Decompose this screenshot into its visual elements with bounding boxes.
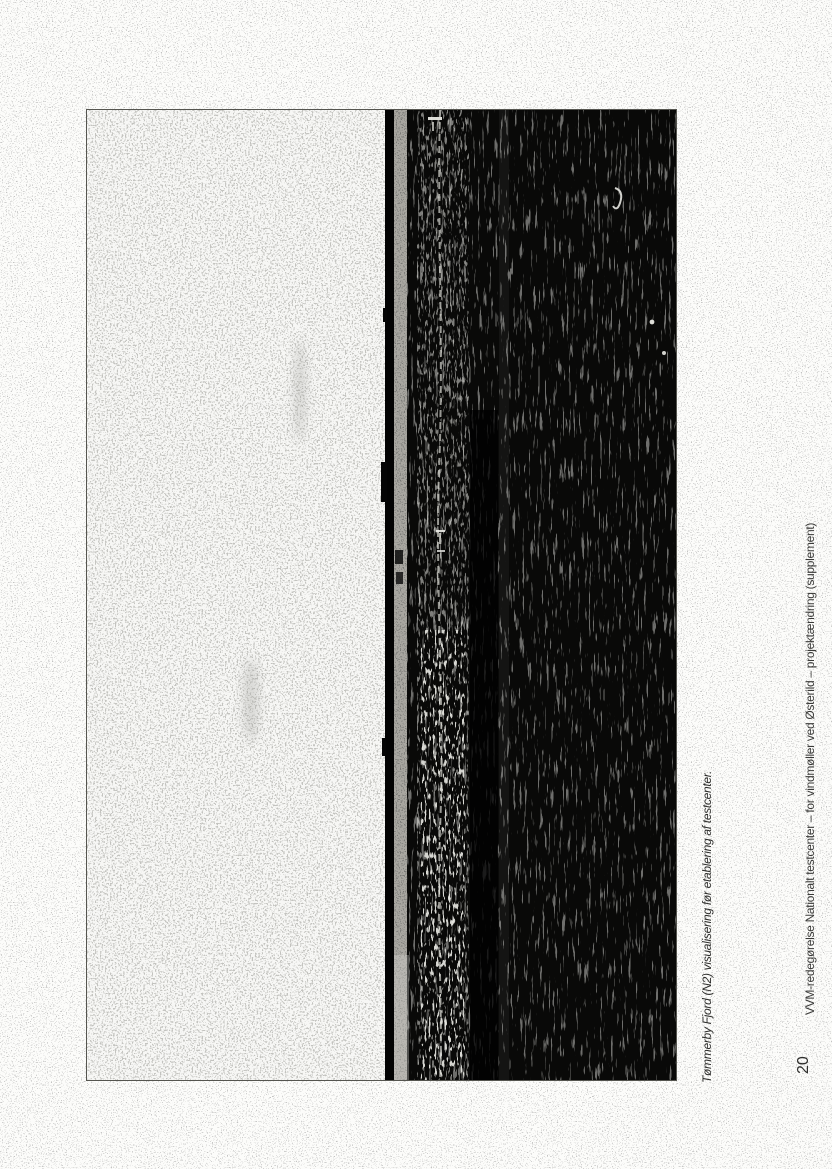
photo-image bbox=[87, 110, 676, 1080]
sky-grain bbox=[87, 110, 387, 1080]
footer-text: VVM-redegørelse Nationalt testcenter – f… bbox=[803, 523, 817, 1015]
horizon-treeline bbox=[385, 110, 394, 1080]
scanned-document-page: Tømmerby Fjord (N2) visualisering før et… bbox=[0, 0, 832, 1169]
page-number: 20 bbox=[795, 1056, 813, 1074]
faint-field-band bbox=[499, 110, 509, 1080]
landscape-photo-frame bbox=[86, 109, 677, 1081]
stripe-dark-patch bbox=[395, 550, 403, 564]
horizon-stripe-grain bbox=[394, 110, 407, 1080]
stripe-bright-end bbox=[392, 955, 409, 1080]
speckle-band-dense bbox=[421, 630, 465, 1080]
photo-caption: Tømmerby Fjord (N2) visualisering før et… bbox=[700, 771, 714, 1083]
dark-field-band bbox=[470, 410, 498, 1080]
stripe-dark-patch bbox=[396, 572, 403, 584]
